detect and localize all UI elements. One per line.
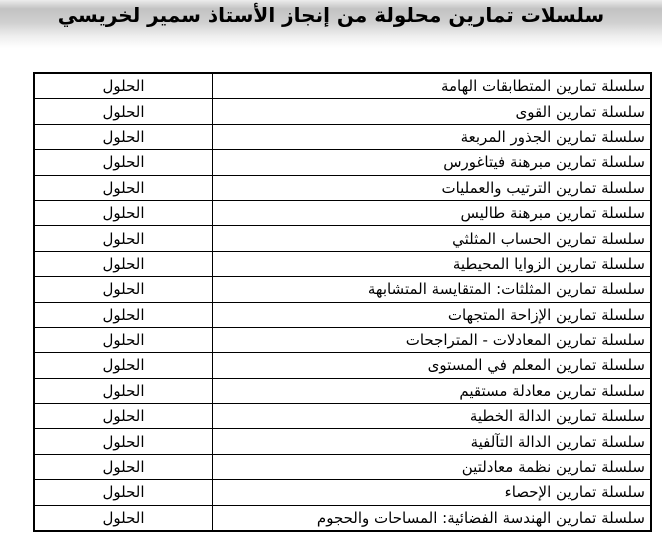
series-title-cell: سلسلة تمارين المعلم في المستوى bbox=[213, 353, 652, 378]
table-row: سلسلة تمارين الهندسة الفضائية: المساحات … bbox=[34, 505, 651, 531]
table-row: سلسلة تمارين الجذور المربعةالحلول bbox=[34, 124, 651, 149]
table-row: سلسلة تمارين المتطابقات الهامةالحلول bbox=[34, 73, 651, 99]
table-row: سلسلة تمارين القوىالحلول bbox=[34, 99, 651, 124]
solutions-link-cell[interactable]: الحلول bbox=[34, 200, 213, 225]
table-row: سلسلة تمارين الزوايا المحيطيةالحلول bbox=[34, 251, 651, 276]
table-row: سلسلة تمارين الإحصاءالحلول bbox=[34, 480, 651, 505]
series-title-cell: سلسلة تمارين المتطابقات الهامة bbox=[213, 73, 652, 99]
table-row: سلسلة تمارين الدالة الخطيةالحلول bbox=[34, 404, 651, 429]
series-title-cell: سلسلة تمارين المثلثات: المتقايسة المتشاب… bbox=[213, 277, 652, 302]
solutions-link-cell[interactable]: الحلول bbox=[34, 378, 213, 403]
series-title-cell: سلسلة تمارين الدالة الخطية bbox=[213, 404, 652, 429]
series-title-cell: سلسلة تمارين مبرهنة طاليس bbox=[213, 200, 652, 225]
table-row: سلسلة تمارين الحساب المثلثيالحلول bbox=[34, 226, 651, 251]
series-title-cell: سلسلة تمارين نظمة معادلتين bbox=[213, 454, 652, 479]
table-row: سلسلة تمارين المعادلات - المتراجحاتالحلو… bbox=[34, 327, 651, 352]
solutions-link-cell[interactable]: الحلول bbox=[34, 454, 213, 479]
solutions-link-cell[interactable]: الحلول bbox=[34, 226, 213, 251]
solutions-link-cell[interactable]: الحلول bbox=[34, 302, 213, 327]
table-row: سلسلة تمارين نظمة معادلتينالحلول bbox=[34, 454, 651, 479]
series-title-cell: سلسلة تمارين القوى bbox=[213, 99, 652, 124]
series-title-cell: سلسلة تمارين الجذور المربعة bbox=[213, 124, 652, 149]
series-title-cell: سلسلة تمارين المعادلات - المتراجحات bbox=[213, 327, 652, 352]
solutions-link-cell[interactable]: الحلول bbox=[34, 73, 213, 99]
series-title-cell: سلسلة تمارين الإحصاء bbox=[213, 480, 652, 505]
solutions-link-cell[interactable]: الحلول bbox=[34, 150, 213, 175]
series-title-cell: سلسلة تمارين معادلة مستقيم bbox=[213, 378, 652, 403]
series-title-cell: سلسلة تمارين مبرهنة فيتاغورس bbox=[213, 150, 652, 175]
solutions-link-cell[interactable]: الحلول bbox=[34, 327, 213, 352]
solutions-link-cell[interactable]: الحلول bbox=[34, 277, 213, 302]
solutions-link-cell[interactable]: الحلول bbox=[34, 480, 213, 505]
page-title: سلسلات تمارين محلولة من إنجاز الأستاذ سم… bbox=[0, 3, 662, 27]
table-row: سلسلة تمارين الدالة التآلفيةالحلول bbox=[34, 429, 651, 454]
series-table-container: سلسلة تمارين المتطابقات الهامةالحلولسلسل… bbox=[33, 72, 652, 532]
table-row: سلسلة تمارين الترتيب والعملياتالحلول bbox=[34, 175, 651, 200]
table-row: سلسلة تمارين مبرهنة فيتاغورسالحلول bbox=[34, 150, 651, 175]
solutions-link-cell[interactable]: الحلول bbox=[34, 505, 213, 531]
series-title-cell: سلسلة تمارين الحساب المثلثي bbox=[213, 226, 652, 251]
series-table: سلسلة تمارين المتطابقات الهامةالحلولسلسل… bbox=[33, 72, 652, 532]
series-title-cell: سلسلة تمارين الترتيب والعمليات bbox=[213, 175, 652, 200]
series-table-body: سلسلة تمارين المتطابقات الهامةالحلولسلسل… bbox=[34, 73, 651, 531]
solutions-link-cell[interactable]: الحلول bbox=[34, 404, 213, 429]
solutions-link-cell[interactable]: الحلول bbox=[34, 99, 213, 124]
table-row: سلسلة تمارين المعلم في المستوىالحلول bbox=[34, 353, 651, 378]
solutions-link-cell[interactable]: الحلول bbox=[34, 175, 213, 200]
table-row: سلسلة تمارين مبرهنة طاليسالحلول bbox=[34, 200, 651, 225]
table-row: سلسلة تمارين الإزاحة المتجهاتالحلول bbox=[34, 302, 651, 327]
series-title-cell: سلسلة تمارين الإزاحة المتجهات bbox=[213, 302, 652, 327]
table-row: سلسلة تمارين المثلثات: المتقايسة المتشاب… bbox=[34, 277, 651, 302]
series-title-cell: سلسلة تمارين الزوايا المحيطية bbox=[213, 251, 652, 276]
solutions-link-cell[interactable]: الحلول bbox=[34, 353, 213, 378]
solutions-link-cell[interactable]: الحلول bbox=[34, 124, 213, 149]
solutions-link-cell[interactable]: الحلول bbox=[34, 429, 213, 454]
series-title-cell: سلسلة تمارين الهندسة الفضائية: المساحات … bbox=[213, 505, 652, 531]
solutions-link-cell[interactable]: الحلول bbox=[34, 251, 213, 276]
table-row: سلسلة تمارين معادلة مستقيمالحلول bbox=[34, 378, 651, 403]
series-title-cell: سلسلة تمارين الدالة التآلفية bbox=[213, 429, 652, 454]
